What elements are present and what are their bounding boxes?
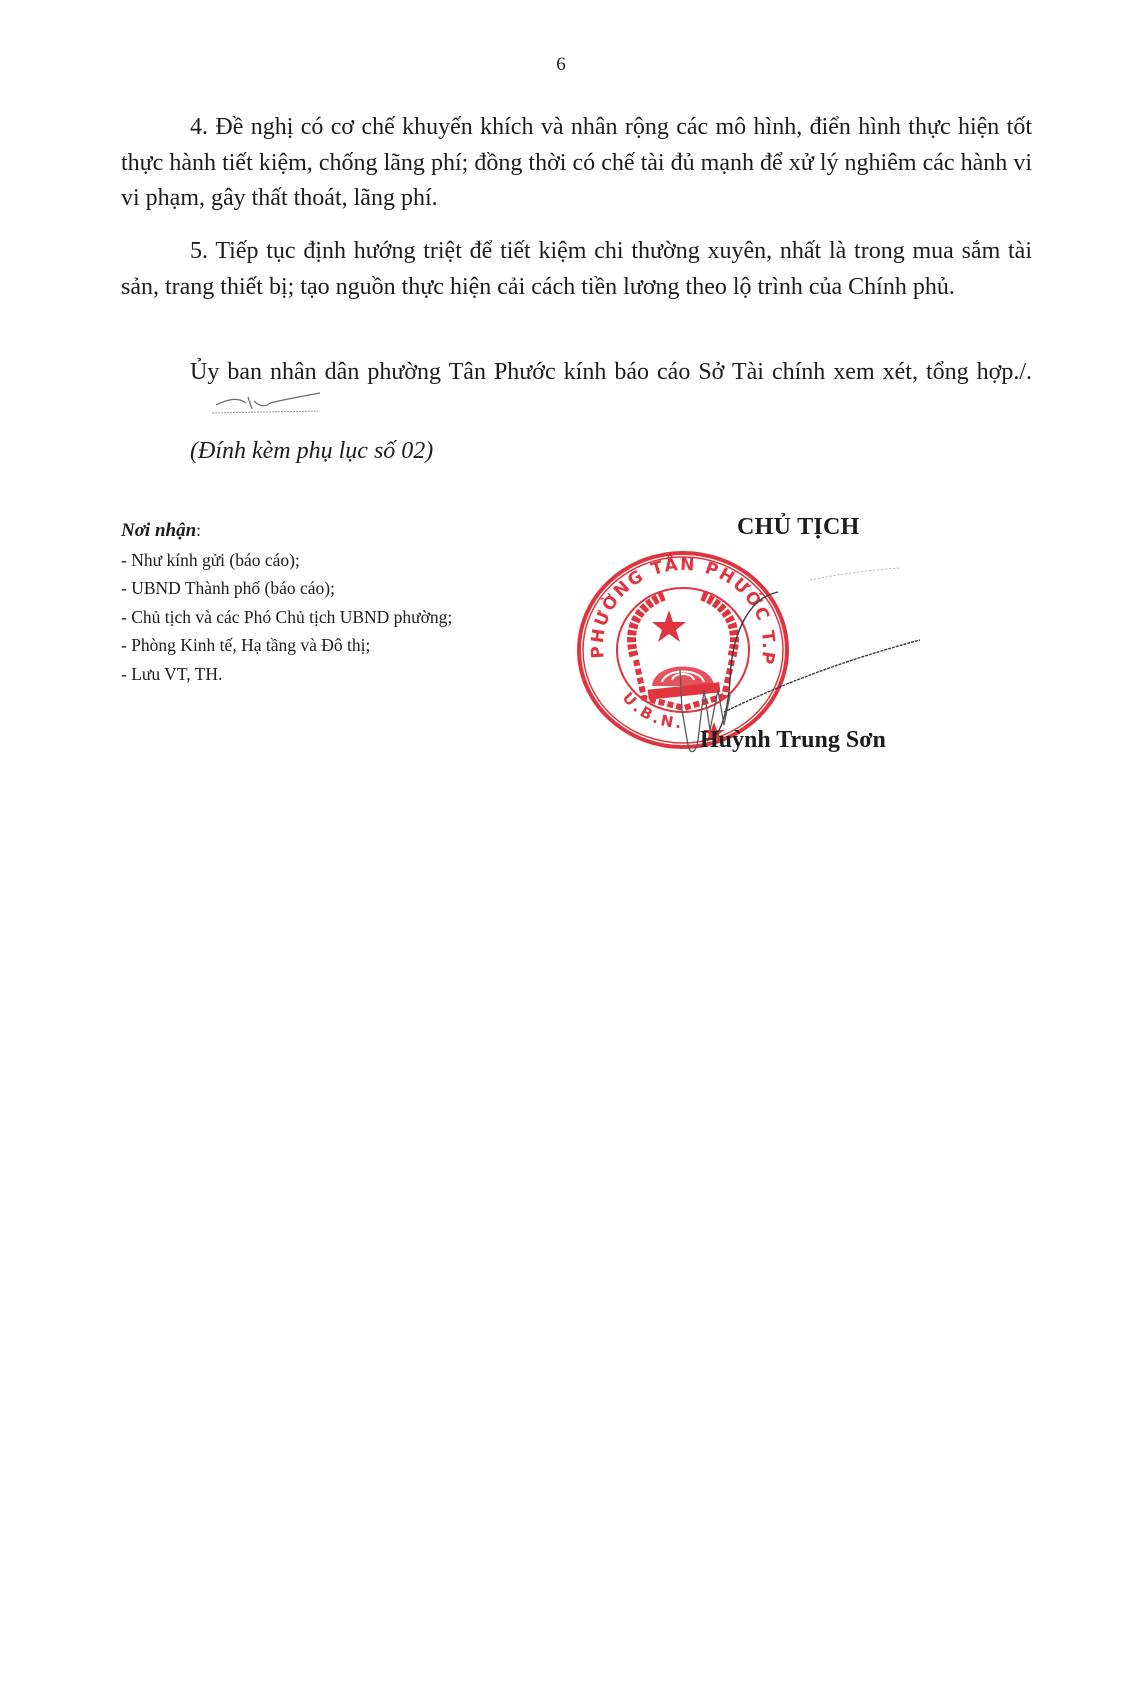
recipient-item: - UBND Thành phố (báo cáo); xyxy=(121,574,452,603)
closing-text: Ủy ban nhân dân phường Tân Phước kính bá… xyxy=(190,359,1032,385)
official-seal-icon: PHƯỜNG TÂN PHƯỚC T.P HỒ CHÍ MINH U.B.N.D xyxy=(574,548,792,752)
page-number: 6 xyxy=(0,54,1122,76)
recipients-block: Nơi nhận: - Như kính gửi (báo cáo); - UB… xyxy=(121,516,452,688)
recipients-list: - Như kính gửi (báo cáo); - UBND Thành p… xyxy=(121,546,452,689)
recipient-item: - Phòng Kinh tế, Hạ tầng và Đô thị; xyxy=(121,631,452,660)
recipients-heading: Nơi nhận: xyxy=(121,516,452,546)
recipient-item: - Lưu VT, TH. xyxy=(121,660,452,689)
paragraph-4: 4. Đề nghị có cơ chế khuyến khích và nhâ… xyxy=(121,110,1032,217)
attachment-note: (Đính kèm phụ lục số 02) xyxy=(190,438,433,465)
closing-paragraph: Ủy ban nhân dân phường Tân Phước kính bá… xyxy=(121,355,1032,428)
initials-mark-icon xyxy=(139,391,328,429)
signer-name: Huỳnh Trung Sơn xyxy=(700,727,886,754)
recipient-item: - Chủ tịch và các Phó Chủ tịch UBND phườ… xyxy=(121,603,452,632)
paragraph-5: 5. Tiếp tục định hướng triệt để tiết kiệ… xyxy=(121,234,1032,305)
recipient-item: - Như kính gửi (báo cáo); xyxy=(121,546,452,575)
signer-title: CHỦ TỊCH xyxy=(737,514,860,541)
svg-text:PHƯỜNG TÂN PHƯỚC T.P HỒ CHÍ MI: PHƯỜNG TÂN PHƯỚC T.P HỒ CHÍ MINH xyxy=(574,548,778,667)
seal-text-top: PHƯỜNG TÂN PHƯỚC T.P HỒ CHÍ MINH xyxy=(574,548,778,667)
